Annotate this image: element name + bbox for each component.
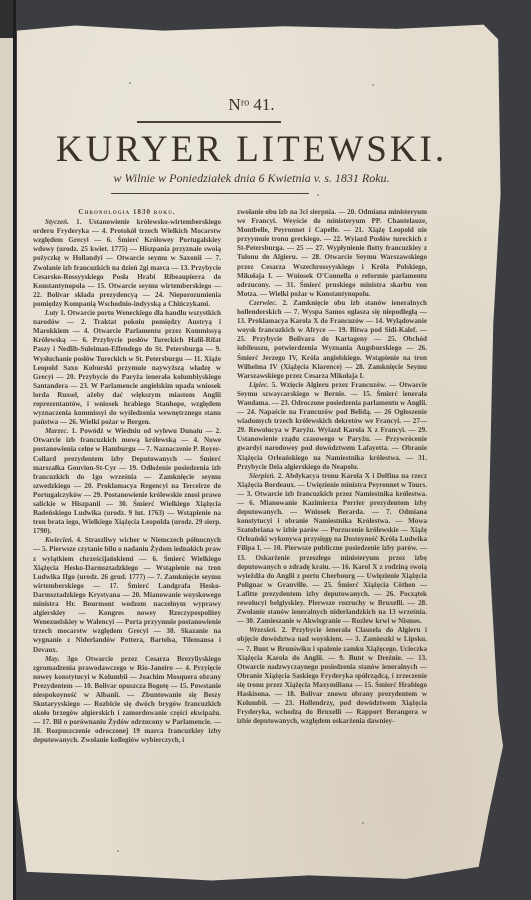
month-label: May.	[45, 655, 60, 663]
chronology-entry-july: Lipiec. 5. Wzięcie Algieru przez Francuz…	[237, 381, 427, 472]
chronology-entry-january: Styczeń. 1. Ustanowienie królewsko-wirte…	[33, 218, 221, 309]
month-label: Wrzesień.	[249, 626, 277, 634]
month-label: Marzec.	[45, 427, 68, 435]
scan-background-top-left	[0, 0, 14, 38]
entry-text: 1. Ustanowienie królewsko-wirtemberskieg…	[33, 218, 221, 308]
chronology-entry-february: Luty 1. Otwarcie portu Weneckiego dla ha…	[33, 309, 221, 427]
chronology-entry-may-continued: zwołanie obu izb na 3ci sierpnia. — 20. …	[237, 208, 427, 299]
paper-speck	[129, 82, 131, 84]
newspaper-dateline: w Wilnie w Poniedziałek dnia 6 Kwietnia …	[0, 171, 531, 186]
entry-text: 3go Otwarcie przez Cesarza Brezyliyskieg…	[33, 655, 221, 745]
masthead-rule-top	[137, 121, 281, 123]
newspaper-title: KURYER LITEWSKI.	[0, 128, 531, 171]
issue-number: Nʳᵒ 41.	[0, 95, 531, 115]
chronology-entry-april: Kwiecień. 4. Straszliwy wicher w Niemcze…	[33, 536, 221, 654]
month-label: Luty	[45, 309, 58, 317]
right-column: zwołanie obu izb na 3ci sierpnia. — 20. …	[237, 208, 427, 726]
chronology-heading: Chronologia 1830 roku.	[33, 208, 221, 217]
entry-text: 1. Otwarcie portu Weneckiego dla handlu …	[33, 309, 221, 426]
paper-speck	[317, 194, 319, 196]
masthead-rule-bottom	[111, 193, 309, 194]
month-label: Kwiecień.	[45, 536, 74, 544]
entry-text: zwołanie obu izb na 3ci sierpnia. — 20. …	[237, 208, 427, 298]
month-label: Czerwiec.	[249, 299, 277, 307]
entry-text: 4. Straszliwy wicher w Niemczech północn…	[33, 536, 221, 653]
chronology-entry-september: Wrzesień. 2. Przybycie ienerała Clausela…	[237, 626, 427, 726]
entry-text: 2. Zamknięcie obu izb stanów ieneralnych…	[237, 299, 427, 380]
left-column: Chronologia 1830 roku. Styczeń. 1. Ustan…	[33, 208, 221, 746]
paper-speck	[372, 84, 374, 86]
entry-text: 1. Powódź w Wiedniu od wylewu Dunaiu — 2…	[33, 427, 221, 535]
chronology-entry-march: Marzec. 1. Powódź w Wiedniu od wylewu Du…	[33, 427, 221, 536]
month-label: Lipiec.	[249, 381, 269, 389]
paper-speck	[362, 822, 364, 824]
chronology-entry-august: Sierpień. 2. Abdykacya tronu Karola X i …	[237, 472, 427, 627]
month-label: Sierpień.	[249, 472, 275, 480]
month-label: Styczeń.	[45, 218, 69, 226]
chronology-entry-june: Czerwiec. 2. Zamknięcie obu izb stanów i…	[237, 299, 427, 381]
entry-text: 2. Przybycie ienerała Clausela do Algier…	[237, 626, 427, 725]
chronology-entry-may: May. 3go Otwarcie przez Cesarza Brezyliy…	[33, 655, 221, 746]
paper-speck	[117, 850, 119, 852]
entry-text: 5. Wzięcie Algieru przez Francuzów. — Ot…	[237, 381, 427, 471]
entry-text: 2. Abdykacya tronu Karola X i Delfina na…	[237, 472, 427, 626]
